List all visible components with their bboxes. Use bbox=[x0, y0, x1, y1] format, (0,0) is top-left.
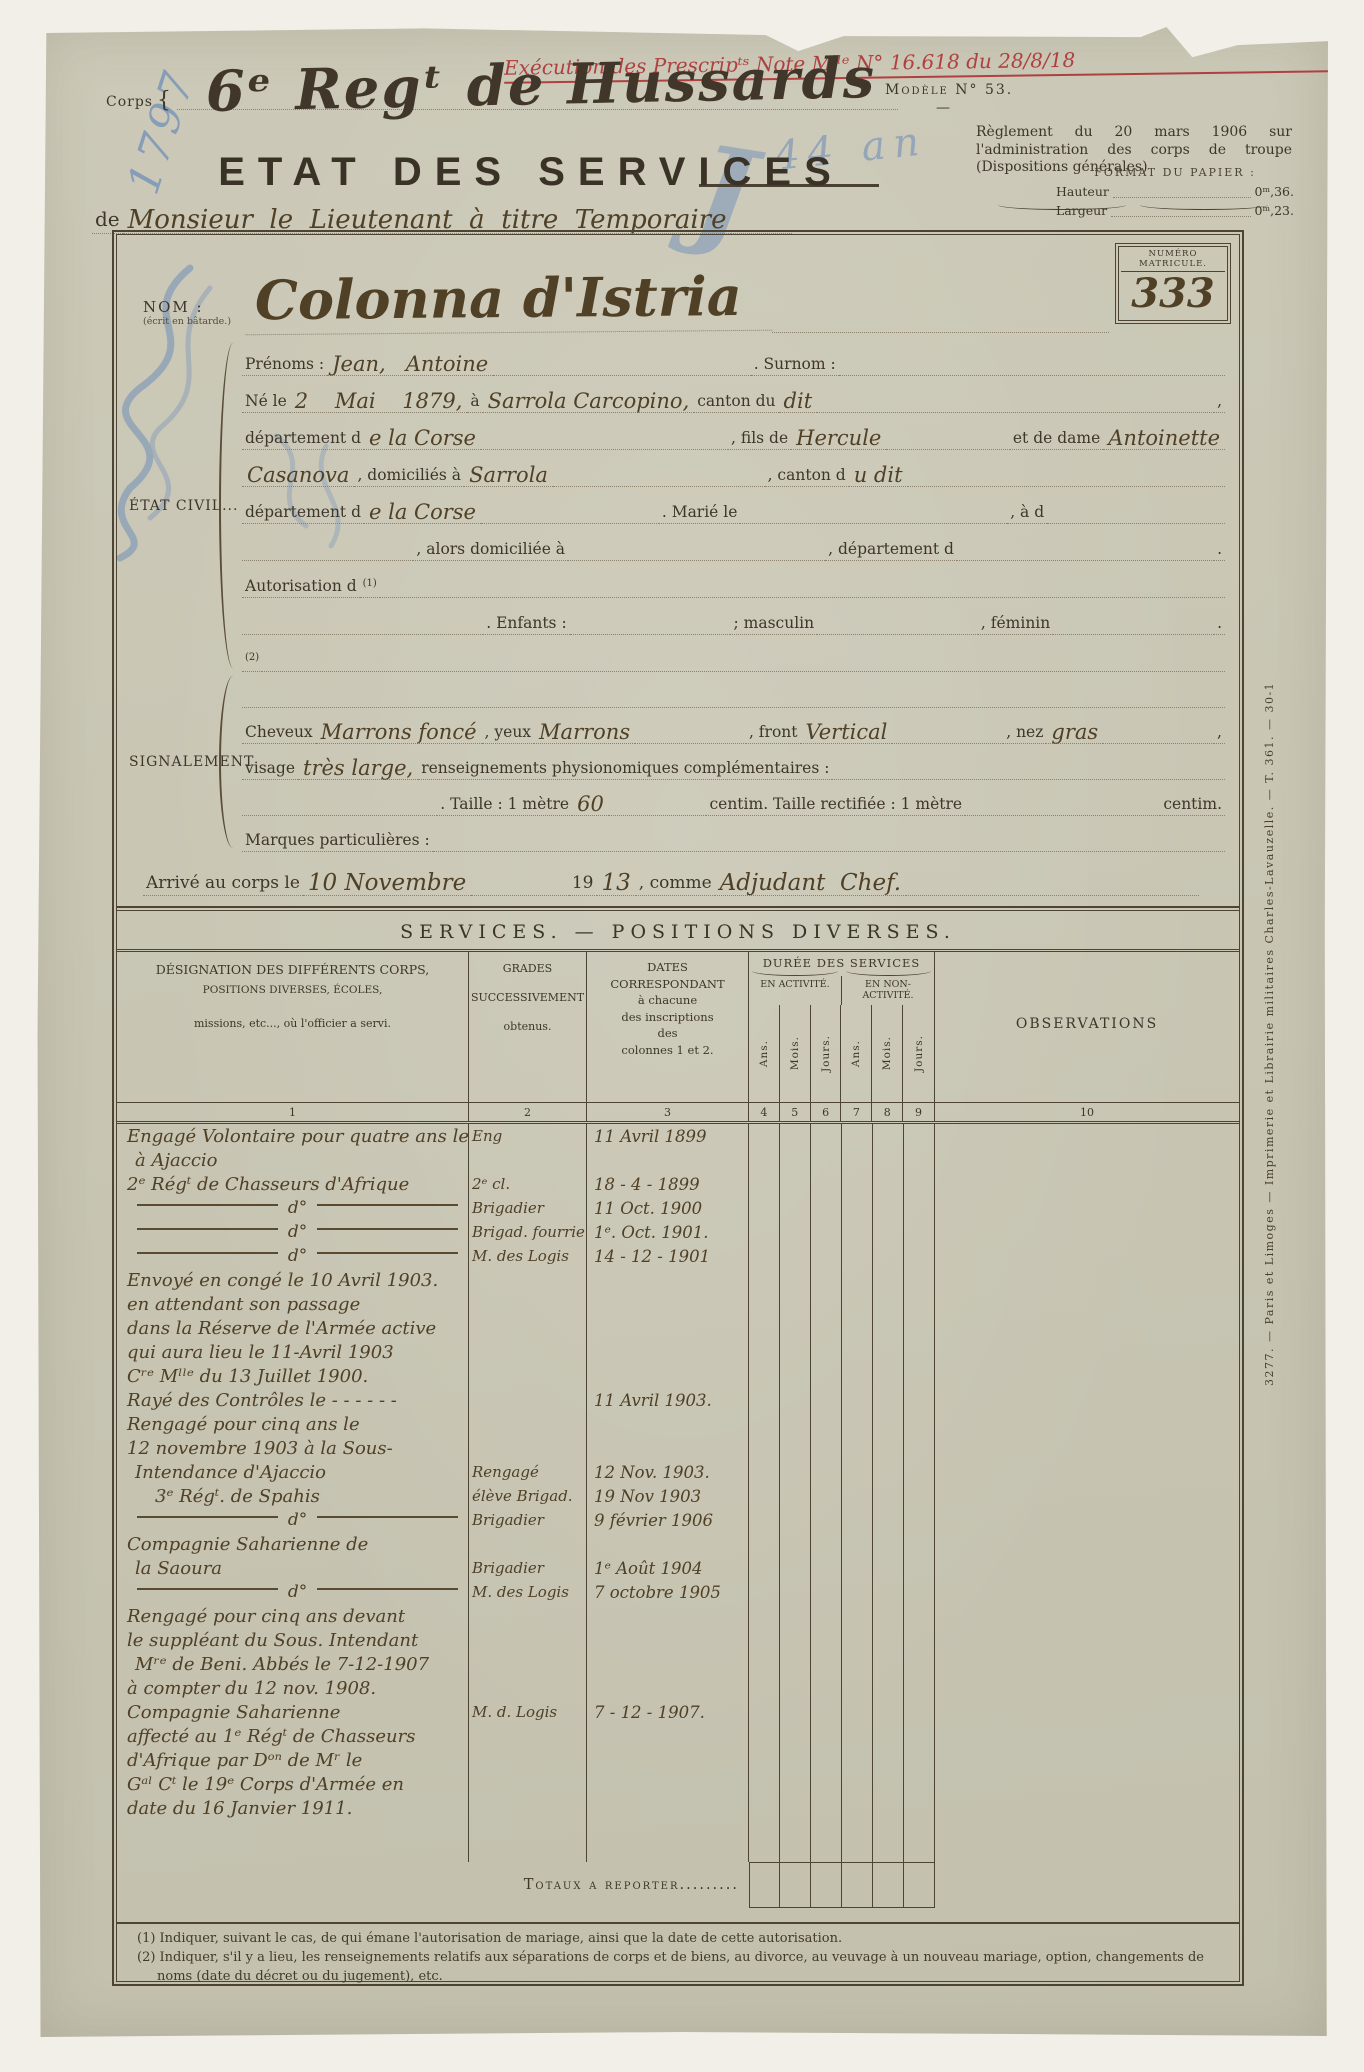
service-row: Rengagé pour cinq ans devant bbox=[117, 1604, 1239, 1628]
duration-cell bbox=[904, 1532, 935, 1556]
service-row: 2ᵉ Régᵗ de Chasseurs d'Afrique2ᵉ cl.18 -… bbox=[117, 1172, 1239, 1196]
signalement-lines: CheveuxMarrons foncé, yeuxMarrons, front… bbox=[242, 672, 1225, 852]
duration-cell bbox=[873, 1484, 904, 1508]
footnotes: (1) Indiquer, suivant le cas, de qui éma… bbox=[117, 1930, 1239, 1987]
duration-cell bbox=[904, 1700, 935, 1724]
dotted-fill bbox=[380, 561, 1225, 598]
observations-cell bbox=[935, 1532, 1239, 1556]
duration-cell bbox=[842, 1220, 873, 1244]
printed-label: . bbox=[1214, 614, 1225, 635]
dotted-fill bbox=[817, 376, 1214, 413]
observations-cell bbox=[935, 1556, 1239, 1580]
designation-cell: le suppléant du Sous. Intendant bbox=[117, 1628, 469, 1652]
duration-cell bbox=[873, 1652, 904, 1676]
service-row: à compter du 12 nov. 1908. bbox=[117, 1676, 1239, 1700]
duration-cell bbox=[749, 1580, 780, 1604]
form-line: département de la Corse. Marié le, à d bbox=[242, 487, 1225, 524]
duration-cell bbox=[904, 1556, 935, 1580]
duration-cell bbox=[811, 1796, 842, 1820]
duration-cell bbox=[904, 1148, 935, 1172]
printed-label: Prénoms : bbox=[242, 355, 327, 376]
duration-cell bbox=[842, 1316, 873, 1340]
form-line: Né le2 Mai 1879,àSarrola Carcopino,canto… bbox=[242, 376, 1225, 413]
service-row: Rayé des Contrôles le - - - - - -11 Avri… bbox=[117, 1388, 1239, 1412]
duration-cell bbox=[904, 1196, 935, 1220]
form-line: Prénoms :Jean, Antoine. Surnom : bbox=[242, 339, 1225, 376]
duration-cell bbox=[904, 1412, 935, 1436]
duration-cell bbox=[842, 1652, 873, 1676]
text-line: obtenus. bbox=[469, 1020, 586, 1033]
printed-label: centim. bbox=[1160, 795, 1225, 816]
duration-cell bbox=[811, 1772, 842, 1796]
text-line: CORRESPONDANT bbox=[587, 977, 748, 993]
dotted-fill bbox=[908, 450, 1225, 487]
duration-cell bbox=[811, 1532, 842, 1556]
observations-cell bbox=[935, 1460, 1239, 1484]
duration-cell bbox=[749, 1724, 780, 1748]
printed-label: à bbox=[467, 392, 482, 413]
duration-cell bbox=[811, 1604, 842, 1628]
designation-cell: dans la Réserve de l'Armée active bbox=[117, 1316, 469, 1340]
date-cell: 9 février 1906 bbox=[587, 1508, 749, 1532]
grade-cell bbox=[469, 1148, 587, 1172]
duree-unit-row: Ans.Mois.Jours.Ans.Mois.Jours. bbox=[749, 1005, 934, 1102]
duration-cell bbox=[873, 1676, 904, 1700]
handwritten-value: Jean, Antoine bbox=[327, 354, 493, 376]
grade-cell bbox=[469, 1820, 587, 1862]
printed-label: , alors domiciliée à bbox=[413, 540, 568, 561]
dotted-fill bbox=[1103, 708, 1214, 744]
handwritten-value: Vertical bbox=[801, 722, 893, 744]
printed-label: , département d bbox=[825, 540, 957, 561]
date-cell bbox=[587, 1820, 749, 1862]
duration-cell bbox=[749, 1604, 780, 1628]
observations-cell bbox=[935, 1436, 1239, 1460]
duration-cell bbox=[749, 1676, 780, 1700]
dotted-fill bbox=[262, 635, 1225, 672]
printed-label: renseignements physionomiques complément… bbox=[418, 759, 832, 780]
handwritten-value: Casanova bbox=[242, 465, 354, 487]
designation-cell: 2ᵉ Régᵗ de Chasseurs d'Afrique bbox=[117, 1172, 469, 1196]
duration-cell bbox=[780, 1220, 811, 1244]
duration-cell bbox=[904, 1796, 935, 1820]
handwritten-value: Adjudant Chef. bbox=[715, 872, 906, 896]
text-line: DATES bbox=[587, 960, 748, 976]
nom-labels: NOM : (écrit en bâtarde.) bbox=[143, 298, 245, 333]
duration-cell bbox=[749, 1796, 780, 1820]
dotted-fill bbox=[481, 413, 728, 450]
duration-cell bbox=[873, 1412, 904, 1436]
text-line: des bbox=[587, 1026, 748, 1042]
form-line: . Enfants :; masculin, féminin. bbox=[242, 598, 1225, 635]
duration-cell bbox=[904, 1292, 935, 1316]
designation-cell bbox=[117, 1820, 469, 1862]
duration-cell bbox=[873, 1244, 904, 1268]
designation-cell: qui aura lieu le 11-Avril 1903 bbox=[117, 1340, 469, 1364]
designation-cell: Rengagé pour cinq ans le bbox=[117, 1412, 469, 1436]
duration-cell bbox=[842, 1436, 873, 1460]
duration-cell bbox=[780, 1724, 811, 1748]
printed-label: Arrivé au corps le bbox=[143, 873, 303, 896]
observations-cell bbox=[935, 1820, 1239, 1862]
format-label: Largeur bbox=[1056, 202, 1107, 221]
header-grades: GRADESSUCCESSIVEMENTobtenus. 2 bbox=[469, 952, 587, 1121]
duration-cell bbox=[904, 1484, 935, 1508]
dotted-fill bbox=[731, 198, 792, 234]
duration-cell bbox=[780, 1652, 811, 1676]
duration-cell bbox=[780, 1244, 811, 1268]
observations-label: OBSERVATIONS bbox=[935, 952, 1239, 1032]
duration-cell bbox=[749, 1628, 780, 1652]
duration-cell bbox=[904, 1388, 935, 1412]
duration-cell bbox=[873, 1532, 904, 1556]
handwritten-value: e la Corse bbox=[364, 502, 481, 524]
duration-cell bbox=[842, 1460, 873, 1484]
duration-cell bbox=[749, 1556, 780, 1580]
duration-cell bbox=[811, 1196, 842, 1220]
duration-cell bbox=[811, 1508, 842, 1532]
form-line: Marques particulières : bbox=[242, 816, 1225, 852]
printed-label: , féminin bbox=[978, 614, 1053, 635]
totals-observations-cell bbox=[935, 1862, 1239, 1908]
duration-unit-cell: Jours. bbox=[903, 1005, 934, 1102]
header-duree-des-services: DURÉE DES SERVICES EN ACTIVITÉ. EN NON-A… bbox=[749, 952, 935, 1121]
grade-cell bbox=[469, 1772, 587, 1796]
ditto-mark: d° bbox=[288, 1198, 307, 1218]
handwritten-value: Marrons foncé bbox=[316, 722, 482, 744]
date-cell bbox=[587, 1652, 749, 1676]
observations-cell bbox=[935, 1652, 1239, 1676]
grade-cell bbox=[469, 1724, 587, 1748]
text-line: missions, etc..., où l'officier a servi. bbox=[117, 1017, 468, 1030]
duration-cell bbox=[811, 1820, 842, 1862]
duration-cell bbox=[904, 1580, 935, 1604]
duration-cell bbox=[873, 1436, 904, 1460]
footnote-rule bbox=[117, 1922, 1239, 1924]
observations-cell bbox=[935, 1508, 1239, 1532]
totals-row: Totaux a reporter......... bbox=[117, 1862, 1239, 1908]
services-table-body: Engagé Volontaire pour quatre ans le:Eng… bbox=[117, 1124, 1239, 1862]
duration-cell bbox=[749, 1172, 780, 1196]
service-row bbox=[117, 1820, 1239, 1862]
dash-glyph: — bbox=[936, 100, 950, 116]
service-row: 12 novembre 1903 à la Sous- bbox=[117, 1436, 1239, 1460]
column-number: 7 bbox=[841, 1102, 872, 1121]
date-cell: 11 Oct. 1900 bbox=[587, 1196, 749, 1220]
duration-cell bbox=[904, 1436, 935, 1460]
date-cell: 7 octobre 1905 bbox=[587, 1580, 749, 1604]
service-row: la SaouraBrigadier1ᵉ Août 1904 bbox=[117, 1556, 1239, 1580]
duration-cell bbox=[749, 1748, 780, 1772]
duree-subheaders: EN ACTIVITÉ. EN NON-ACTIVITÉ. bbox=[749, 976, 934, 1005]
header-designation: DÉSIGNATION DES DIFFÉRENTS CORPS,POSITIO… bbox=[117, 952, 469, 1121]
column-number: 10 bbox=[935, 1102, 1239, 1121]
duration-cell bbox=[749, 1220, 780, 1244]
duration-cell bbox=[842, 1268, 873, 1292]
date-cell: 11 Avril 1899 bbox=[587, 1124, 749, 1148]
duration-cell bbox=[749, 1196, 780, 1220]
corps-label: Corps bbox=[106, 94, 157, 110]
dotted-fill bbox=[1053, 598, 1214, 635]
service-row: date du 16 Janvier 1911. bbox=[117, 1796, 1239, 1820]
duration-cell bbox=[749, 1340, 780, 1364]
format-papier-row: Largeur 0ᵐ,23. bbox=[1056, 202, 1294, 221]
grade-cell bbox=[469, 1340, 587, 1364]
duration-cell bbox=[780, 1364, 811, 1388]
designation-cell: d° bbox=[117, 1220, 469, 1244]
dotted-fill bbox=[1047, 487, 1225, 524]
services-table-header: DÉSIGNATION DES DIFFÉRENTS CORPS,POSITIO… bbox=[117, 952, 1239, 1124]
grade-cell: élève Brigad. bbox=[469, 1484, 587, 1508]
printed-label: . bbox=[1214, 540, 1225, 561]
duration-cell bbox=[873, 1172, 904, 1196]
duration-unit-cell: Ans. bbox=[749, 1005, 780, 1102]
service-row: Compagnie Saharienne de bbox=[117, 1532, 1239, 1556]
duration-cell bbox=[749, 1772, 780, 1796]
observations-cell bbox=[935, 1724, 1239, 1748]
observations-cell bbox=[935, 1220, 1239, 1244]
grade-cell: 2ᵉ cl. bbox=[469, 1172, 587, 1196]
matricule-box: NUMÉRO MATRICULE. 333 bbox=[1115, 243, 1231, 324]
etat-civil-label: ÉTAT CIVIL... bbox=[117, 339, 217, 672]
handwritten-value: 13 bbox=[597, 872, 636, 896]
designation-cell: Rayé des Contrôles le - - - - - - bbox=[117, 1388, 469, 1412]
duration-cell bbox=[780, 1580, 811, 1604]
date-cell bbox=[587, 1412, 749, 1436]
designation-cell: Intendance d'Ajaccio bbox=[117, 1460, 469, 1484]
service-row: d°Brigadier9 février 1906 bbox=[117, 1508, 1239, 1532]
duration-cell bbox=[780, 1412, 811, 1436]
duration-cell bbox=[873, 1460, 904, 1484]
grade-cell: M. des Logis bbox=[469, 1580, 587, 1604]
duration-cell bbox=[749, 1244, 780, 1268]
dotted-fill bbox=[568, 524, 825, 561]
duration-cell bbox=[842, 1724, 873, 1748]
service-row: Engagé Volontaire pour quatre ans le:Eng… bbox=[117, 1124, 1239, 1148]
duration-cell bbox=[873, 1580, 904, 1604]
duration-cell bbox=[749, 1508, 780, 1532]
duration-unit-label: Jours. bbox=[913, 1035, 925, 1072]
grade-cell bbox=[469, 1604, 587, 1628]
date-cell bbox=[587, 1292, 749, 1316]
designation-cell: la Saoura bbox=[117, 1556, 469, 1580]
en-activite-label: EN ACTIVITÉ. bbox=[749, 976, 842, 1005]
duration-cell bbox=[780, 1484, 811, 1508]
duration-cell bbox=[780, 1556, 811, 1580]
date-cell bbox=[587, 1532, 749, 1556]
section-brace bbox=[219, 676, 234, 848]
duration-cell bbox=[904, 1340, 935, 1364]
duration-cell bbox=[842, 1484, 873, 1508]
duration-cell bbox=[904, 1724, 935, 1748]
duration-cell bbox=[780, 1340, 811, 1364]
nom-sublabel: (écrit en bâtarde.) bbox=[143, 316, 231, 327]
grade-cell: M. des Logis bbox=[469, 1244, 587, 1268]
duration-cell bbox=[780, 1268, 811, 1292]
column-number: 9 bbox=[903, 1102, 934, 1121]
date-cell: 14 - 12 - 1901 bbox=[587, 1244, 749, 1268]
printer-credit: 3277. — Paris et Limoges — Imprimerie et… bbox=[1263, 686, 1276, 1386]
format-papier-box: FORMAT DU PAPIER : Hauteur 0ᵐ,36. Largeu… bbox=[1056, 166, 1294, 221]
date-cell: 11 Avril 1903. bbox=[587, 1388, 749, 1412]
handwritten-value: 10 Novembre bbox=[303, 872, 471, 896]
service-row: en attendant son passage bbox=[117, 1292, 1239, 1316]
duration-cell bbox=[842, 1580, 873, 1604]
text-line: SUCCESSIVEMENT bbox=[469, 991, 586, 1004]
observations-cell bbox=[935, 1292, 1239, 1316]
duration-cell bbox=[842, 1364, 873, 1388]
dotted-fill bbox=[242, 780, 437, 816]
dotted-fill bbox=[493, 339, 751, 376]
duration-cell bbox=[811, 1436, 842, 1460]
handwritten-value: dit bbox=[779, 391, 818, 413]
signalement-label: SIGNALEMENT bbox=[117, 672, 217, 852]
service-row: Mʳᵉ de Beni. Abbés le 7-12-1907 bbox=[117, 1652, 1239, 1676]
date-cell bbox=[587, 1268, 749, 1292]
printed-label: , domiciliés à bbox=[354, 466, 464, 487]
service-row: Cʳᵉ Mˡˡᵉ du 13 Juillet 1900. bbox=[117, 1364, 1239, 1388]
service-row: Compagnie SaharienneM. d. Logis7 - 12 - … bbox=[117, 1700, 1239, 1724]
dotted-fill bbox=[772, 329, 1109, 333]
service-row: d°Brigadier11 Oct. 1900 bbox=[117, 1196, 1239, 1220]
duration-cell bbox=[811, 1700, 842, 1724]
page-title: ETAT DES SERVICES bbox=[146, 150, 916, 195]
duration-cell bbox=[873, 1196, 904, 1220]
grade-cell bbox=[469, 1292, 587, 1316]
handwritten-value: Marrons bbox=[534, 722, 635, 744]
duration-cell bbox=[873, 1268, 904, 1292]
duration-cell bbox=[904, 1316, 935, 1340]
duration-cell bbox=[904, 1124, 935, 1148]
duration-cell bbox=[873, 1220, 904, 1244]
duration-cell bbox=[780, 1700, 811, 1724]
printed-label: . Enfants : bbox=[483, 614, 569, 635]
ditto-mark: d° bbox=[288, 1246, 307, 1266]
form-line: département de la Corse, fils deHerculee… bbox=[242, 413, 1225, 450]
date-cell: 1ᵉ. Oct. 1901. bbox=[587, 1220, 749, 1244]
duration-cell bbox=[749, 1388, 780, 1412]
duration-cell bbox=[811, 1460, 842, 1484]
text-line: (1) Indiquer, suivant le cas, de qui éma… bbox=[137, 1930, 1225, 1949]
dotted-fill bbox=[957, 524, 1214, 561]
duration-cell bbox=[811, 1316, 842, 1340]
grade-cell bbox=[469, 1628, 587, 1652]
duration-cell bbox=[842, 1676, 873, 1700]
duration-cell bbox=[811, 1412, 842, 1436]
observations-cell bbox=[935, 1580, 1239, 1604]
duration-cell bbox=[780, 1676, 811, 1700]
nom-label: NOM : bbox=[143, 298, 231, 316]
duration-cell bbox=[904, 1508, 935, 1532]
dotted-fill bbox=[1113, 197, 1251, 198]
duration-cell bbox=[749, 1124, 780, 1148]
column-number: 6 bbox=[811, 1102, 842, 1121]
duration-cell bbox=[842, 1340, 873, 1364]
designation-cell: d° bbox=[117, 1196, 469, 1220]
grade-cell: Brigadier bbox=[469, 1196, 587, 1220]
designation-cell: d° bbox=[117, 1508, 469, 1532]
dotted-fill bbox=[740, 487, 1007, 524]
duree-number-row: 456789 bbox=[749, 1102, 934, 1121]
duration-cell bbox=[749, 1268, 780, 1292]
duration-cell bbox=[904, 1772, 935, 1796]
grade-cell bbox=[469, 1364, 587, 1388]
duration-cell bbox=[749, 1460, 780, 1484]
grade-cell: Brigad. fourrier bbox=[469, 1220, 587, 1244]
duration-cell bbox=[749, 1700, 780, 1724]
duration-cell bbox=[842, 1796, 873, 1820]
duration-cell bbox=[780, 1436, 811, 1460]
format-label: Hauteur bbox=[1056, 183, 1109, 202]
grade-cell bbox=[469, 1436, 587, 1460]
designation-cell: 12 novembre 1903 à la Sous- bbox=[117, 1436, 469, 1460]
duration-cell bbox=[842, 1532, 873, 1556]
observations-cell bbox=[935, 1628, 1239, 1652]
duration-cell bbox=[780, 1628, 811, 1652]
duration-cell bbox=[873, 1820, 904, 1862]
printed-label: . Taille : 1 mètre bbox=[437, 795, 572, 816]
printed-label: Marques particulières : bbox=[242, 831, 433, 852]
duration-cell bbox=[811, 1652, 842, 1676]
date-cell bbox=[587, 1724, 749, 1748]
grade-cell bbox=[469, 1796, 587, 1820]
duration-cell bbox=[873, 1124, 904, 1148]
grade-cell bbox=[469, 1412, 587, 1436]
duration-cell bbox=[780, 1772, 811, 1796]
dotted-fill bbox=[839, 339, 1225, 376]
duration-cell bbox=[873, 1508, 904, 1532]
duration-cell bbox=[749, 1148, 780, 1172]
designation-cell: Cʳᵉ Mˡˡᵉ du 13 Juillet 1900. bbox=[117, 1364, 469, 1388]
duration-cell bbox=[780, 1388, 811, 1412]
duration-unit-cell: Mois. bbox=[780, 1005, 811, 1102]
duration-cell bbox=[873, 1628, 904, 1652]
column-number: 2 bbox=[469, 1102, 586, 1121]
date-cell bbox=[587, 1316, 749, 1340]
duration-cell bbox=[873, 1748, 904, 1772]
handwritten-value: Sarrola bbox=[464, 465, 553, 487]
duration-cell bbox=[811, 1484, 842, 1508]
form-line: CheveuxMarrons foncé, yeuxMarrons, front… bbox=[242, 708, 1225, 744]
handwritten-value: 60 bbox=[572, 794, 609, 816]
observations-cell bbox=[935, 1148, 1239, 1172]
grade-cell: Brigadier bbox=[469, 1508, 587, 1532]
grade-cell bbox=[469, 1676, 587, 1700]
duration-cell bbox=[780, 1196, 811, 1220]
totals-cell bbox=[904, 1862, 935, 1908]
duration-cell bbox=[873, 1700, 904, 1724]
duration-cell bbox=[780, 1820, 811, 1862]
grade-cell bbox=[469, 1388, 587, 1412]
handwritten-value: Hercule bbox=[791, 428, 886, 450]
duration-cell bbox=[904, 1748, 935, 1772]
printed-label: canton du bbox=[694, 392, 778, 413]
regiment-title: 6ᵉ Regᵗ de Hussards bbox=[155, 44, 926, 126]
designation-cell: d'Afrique par Dᵒⁿ de Mʳ le bbox=[117, 1748, 469, 1772]
date-cell bbox=[587, 1628, 749, 1652]
handwritten-value: gras bbox=[1046, 722, 1103, 744]
dotted-fill bbox=[242, 598, 483, 635]
duration-cell bbox=[842, 1292, 873, 1316]
date-cell bbox=[587, 1340, 749, 1364]
duration-cell bbox=[811, 1148, 842, 1172]
dotted-fill bbox=[481, 487, 659, 524]
duration-cell bbox=[842, 1196, 873, 1220]
dotted-fill bbox=[832, 744, 1225, 780]
duration-cell bbox=[873, 1796, 904, 1820]
totals-cell bbox=[780, 1862, 811, 1908]
duration-cell bbox=[780, 1172, 811, 1196]
